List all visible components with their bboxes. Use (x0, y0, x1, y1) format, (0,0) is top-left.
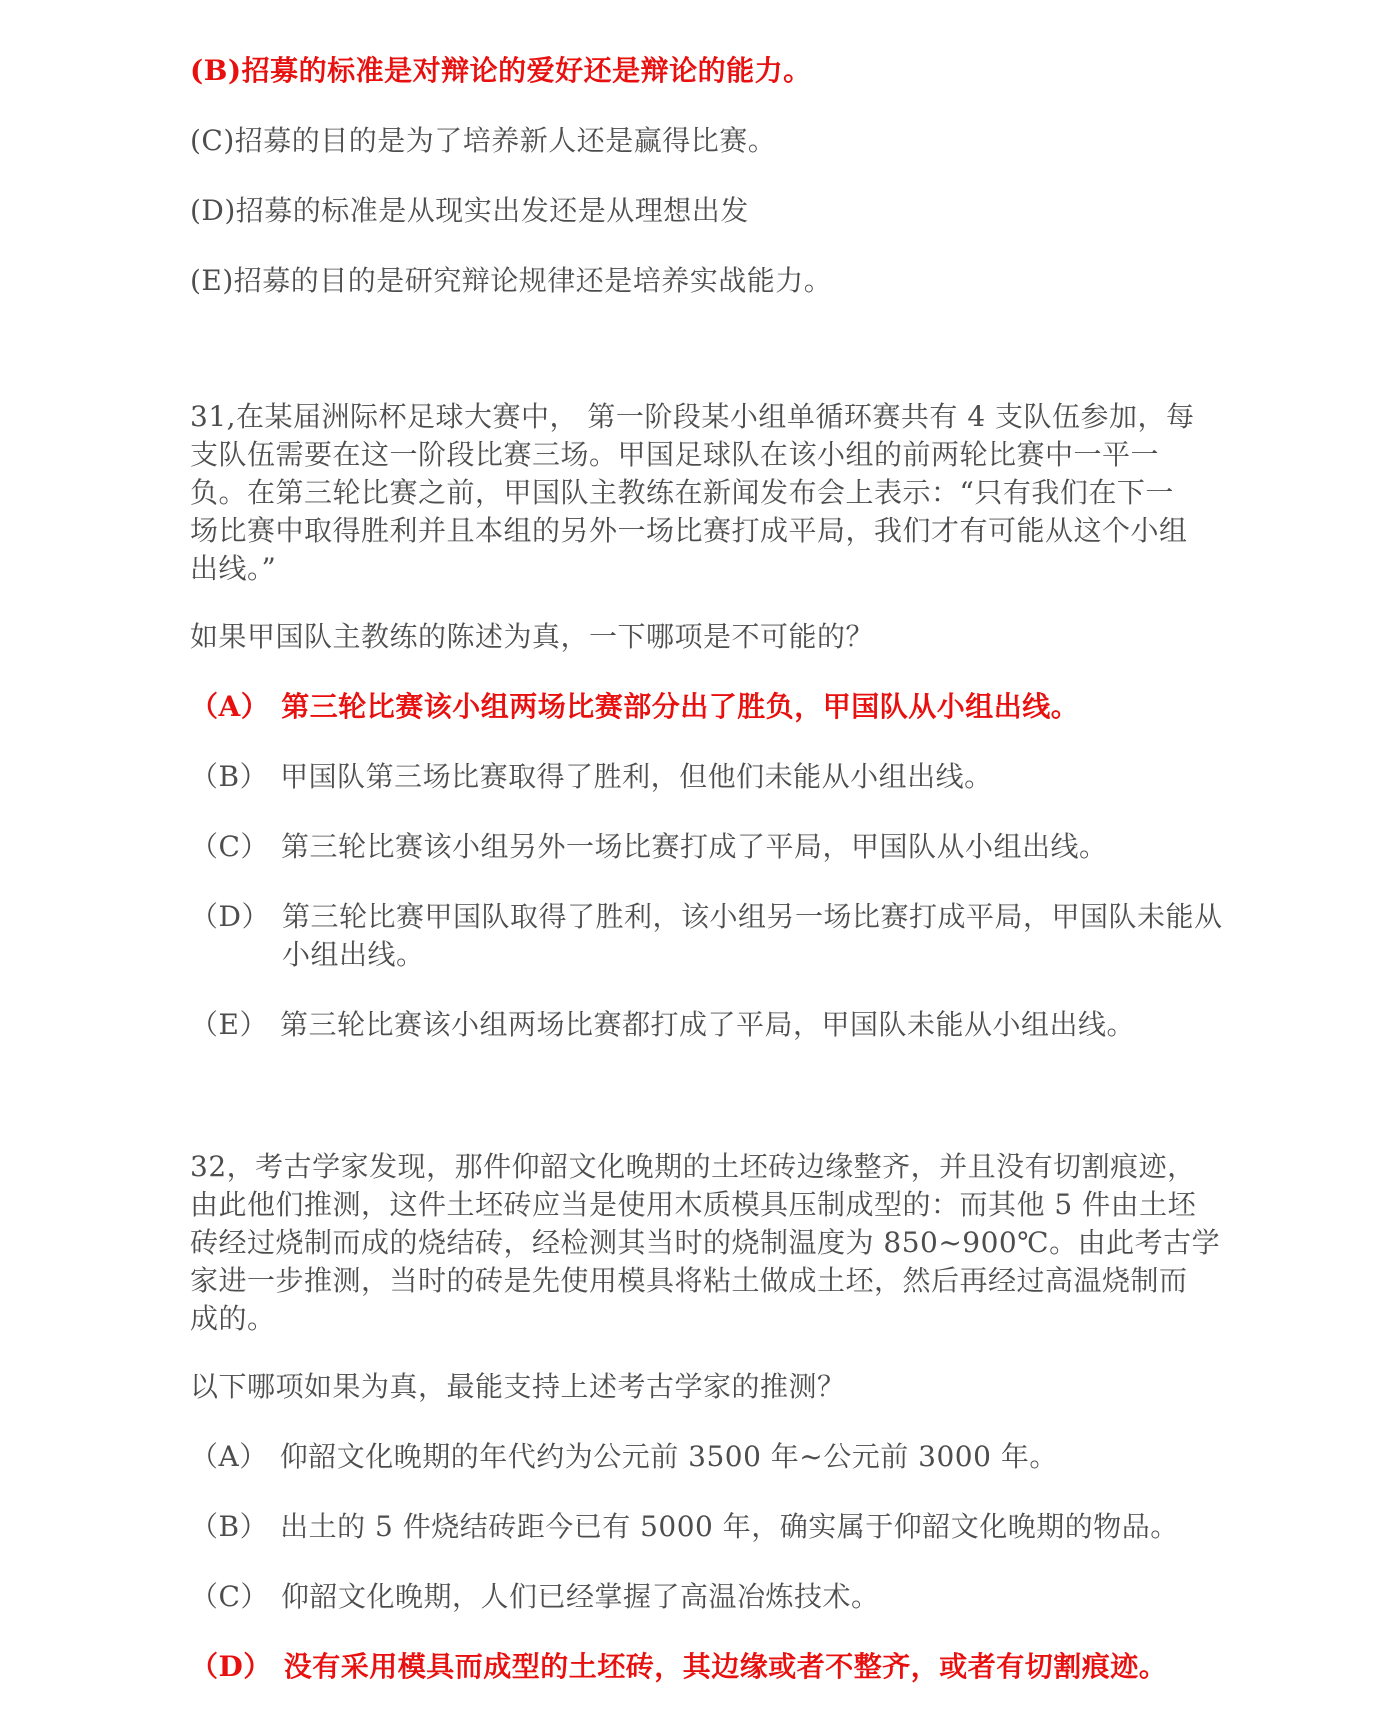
q31-option-d-label: （D） (190, 898, 270, 936)
q32-option-c-text: 仰韶文化晚期，人们已经掌握了高温冶炼技术。 (281, 1578, 1230, 1616)
q32-option-a-text: 仰韶文化晚期的年代约为公元前 3500 年~公元前 3000 年。 (280, 1438, 1230, 1476)
q31-option-b-text: 甲国队第三场比赛取得了胜利，但他们未能从小组出线。 (280, 758, 1230, 796)
q31-prompt: 如果甲国队主教练的陈述为真，一下哪项是不可能的？ (190, 618, 1230, 656)
q30-option-e: (E) 招募的目的是研究辩论规律还是培养实战能力。 (190, 262, 1230, 300)
q31-option-d: （D） 第三轮比赛甲国队取得了胜利，该小组另一场比赛打成平局，甲国队未能从小组出… (190, 898, 1230, 974)
q32-option-b-text: 出土的 5 件烧结砖距今已有 5000 年，确实属于仰韶文化晚期的物品。 (280, 1508, 1230, 1546)
q32-option-d-label: （D） (190, 1648, 272, 1686)
exam-document-page: (B) 招募的标准是对辩论的爱好还是辩论的能力。 (C) 招募的目的是为了培养新… (0, 0, 1400, 1736)
q31-option-c-text: 第三轮比赛该小组另外一场比赛打成了平局，甲国队从小组出线。 (281, 828, 1230, 866)
q32-option-a: （A） 仰韶文化晚期的年代约为公元前 3500 年~公元前 3000 年。 (190, 1438, 1230, 1476)
q32-body: 32，考古学家发现，那件仰韶文化晚期的土坯砖边缘整齐，并且没有切割痕迹， 由此他… (190, 1148, 1230, 1338)
q32-option-a-label: （A） (190, 1438, 268, 1476)
q31-option-c: （C） 第三轮比赛该小组另外一场比赛打成了平局，甲国队从小组出线。 (190, 828, 1230, 866)
q31-option-c-label: （C） (190, 828, 269, 866)
q30-option-d-text: 招募的标准是从现实出发还是从理想出发 (236, 192, 1230, 230)
q30-option-c: (C) 招募的目的是为了培养新人还是赢得比赛。 (190, 122, 1230, 160)
q31-option-a: （A） 第三轮比赛该小组两场比赛部分出了胜负，甲国队从小组出线。 (190, 688, 1230, 726)
q32-option-d-text: 没有采用模具而成型的土坯砖，其边缘或者不整齐，或者有切割痕迹。 (284, 1648, 1230, 1686)
q31-option-a-label: （A） (190, 688, 269, 726)
q30-option-b-label: (B) (190, 52, 242, 90)
q31-body: 31,在某届洲际杯足球大赛中， 第一阶段某小组单循环赛共有 4 支队伍参加，每 … (190, 398, 1230, 588)
q31-option-b: （B） 甲国队第三场比赛取得了胜利，但他们未能从小组出线。 (190, 758, 1230, 796)
q31-option-e-label: （E） (190, 1006, 268, 1044)
q31-option-b-label: （B） (190, 758, 268, 796)
q30-option-e-text: 招募的目的是研究辩论规律还是培养实战能力。 (234, 262, 1230, 300)
q30-option-d-label: (D) (190, 192, 236, 230)
q30-option-c-text: 招募的目的是为了培养新人还是赢得比赛。 (235, 122, 1230, 160)
q31-option-a-text: 第三轮比赛该小组两场比赛部分出了胜负，甲国队从小组出线。 (281, 688, 1230, 726)
q32-prompt: 以下哪项如果为真，最能支持上述考古学家的推测？ (190, 1368, 1230, 1406)
q32-option-c: （C） 仰韶文化晚期，人们已经掌握了高温冶炼技术。 (190, 1578, 1230, 1616)
document-content: (B) 招募的标准是对辩论的爱好还是辩论的能力。 (C) 招募的目的是为了培养新… (0, 0, 1400, 1686)
q32-option-c-label: （C） (190, 1578, 269, 1616)
q30-option-b: (B) 招募的标准是对辩论的爱好还是辩论的能力。 (190, 52, 1230, 90)
q32-option-b: （B） 出土的 5 件烧结砖距今已有 5000 年，确实属于仰韶文化晚期的物品。 (190, 1508, 1230, 1546)
q30-option-c-label: (C) (190, 122, 235, 160)
q32-option-d: （D） 没有采用模具而成型的土坯砖，其边缘或者不整齐，或者有切割痕迹。 (190, 1648, 1230, 1686)
q31-option-e-text: 第三轮比赛该小组两场比赛都打成了平局，甲国队未能从小组出线。 (280, 1006, 1230, 1044)
q30-option-b-text: 招募的标准是对辩论的爱好还是辩论的能力。 (242, 52, 1230, 90)
q30-option-e-label: (E) (190, 262, 234, 300)
q31-option-d-text: 第三轮比赛甲国队取得了胜利，该小组另一场比赛打成平局，甲国队未能从小组出线。 (282, 898, 1230, 974)
q30-option-d: (D) 招募的标准是从现实出发还是从理想出发 (190, 192, 1230, 230)
q31-option-e: （E） 第三轮比赛该小组两场比赛都打成了平局，甲国队未能从小组出线。 (190, 1006, 1230, 1044)
q32-option-b-label: （B） (190, 1508, 268, 1546)
